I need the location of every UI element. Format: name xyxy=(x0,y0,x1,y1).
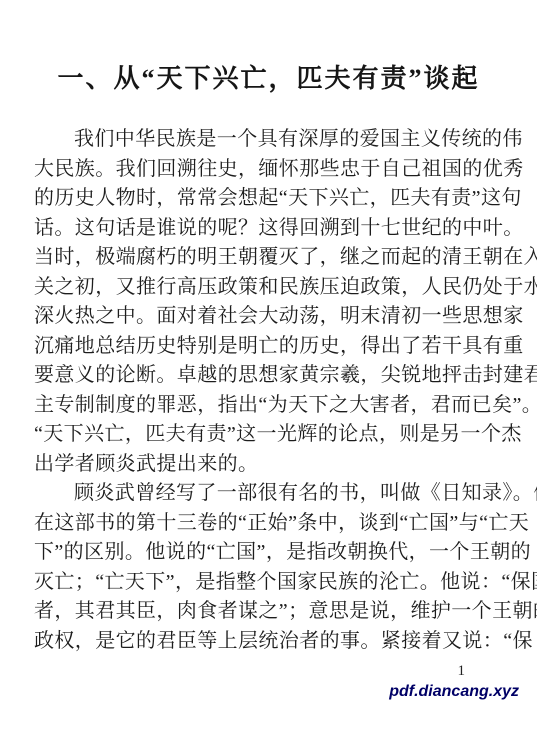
book-page: 一、从“天下兴亡，匹夫有责”谈起 我们中华民族是一个具有深厚的爱国主义传统的伟 … xyxy=(0,0,537,734)
body-line: 深火热之中。面对着社会大动荡，明末清初一些思想家 xyxy=(34,302,517,332)
body-line: 在这部书的第十三卷的“正始”条中，谈到“亡国”与“亡天 xyxy=(34,509,517,539)
body-line: 大民族。我们回溯往史，缅怀那些忠于自己祖国的优秀 xyxy=(34,155,517,185)
body-text: 我们中华民族是一个具有深厚的爱国主义传统的伟 大民族。我们回溯往史，缅怀那些忠于… xyxy=(0,125,537,656)
body-line: 政权，是它的君臣等上层统治者的事。紧接着又说：“保 xyxy=(34,627,517,657)
body-line: 出学者顾炎武提出来的。 xyxy=(34,450,517,480)
body-line: 话。这句话是谁说的呢？这得回溯到十七世纪的中叶。 xyxy=(34,214,517,244)
body-line: 当时，极端腐朽的明王朝覆灭了，继之而起的清王朝在入 xyxy=(34,243,517,273)
body-line: 我们中华民族是一个具有深厚的爱国主义传统的伟 xyxy=(34,125,517,155)
body-line: 的历史人物时，常常会想起“天下兴亡，匹夫有责”这句 xyxy=(34,184,517,214)
body-line: 者，其君其臣，肉食者谋之”；意思是说，维护一个王朝的 xyxy=(34,597,517,627)
body-line: 灭亡；“亡天下”，是指整个国家民族的沦亡。他说：“保国 xyxy=(34,568,517,598)
body-line: 顾炎武曾经写了一部很有名的书，叫做《日知录》。他 xyxy=(34,479,517,509)
chapter-title: 一、从“天下兴亡，匹夫有责”谈起 xyxy=(0,0,537,95)
body-line: 沉痛地总结历史特别是明亡的历史，得出了若干具有重 xyxy=(34,332,517,362)
body-line: 关之初，又推行高压政策和民族压迫政策，人民仍处于水 xyxy=(34,273,517,303)
body-line: 要意义的论断。卓越的思想家黄宗羲，尖锐地抨击封建君 xyxy=(34,361,517,391)
body-line: 主专制制度的罪恶，指出“为天下之大害者，君而已矣”。 xyxy=(34,391,517,421)
body-line: “天下兴亡，匹夫有责”这一光辉的论点，则是另一个杰 xyxy=(34,420,517,450)
watermark-text: pdf.diancang.xyz xyxy=(389,683,519,701)
body-line: 下”的区别。他说的“亡国”，是指改朝换代，一个王朝的 xyxy=(34,538,517,568)
page-number: 1 xyxy=(458,663,466,680)
